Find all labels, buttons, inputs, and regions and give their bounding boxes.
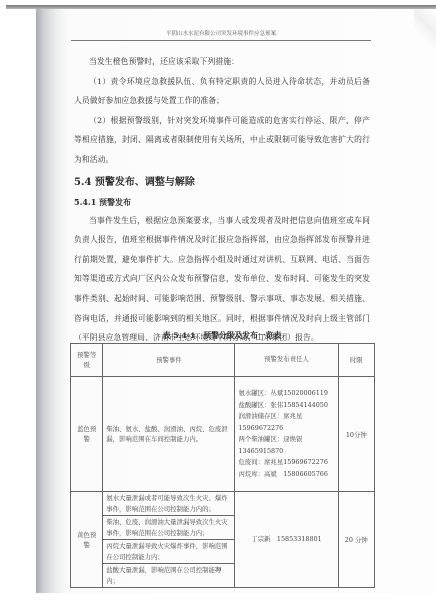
time-blue: 10分钟 [338,377,374,492]
event-yellow-1: 氨水大量泄漏或者可能导致次生火灾、爆炸事件，影响范围在公司控制能力内的； [103,492,235,516]
header-person: 预警发布责任人 [235,344,338,377]
section-heading: 5.4 预警发布、调整与解除 [74,174,370,192]
person-ammonia: 氨水罐区：丛斌15020006119 [238,388,334,400]
subsection-heading: 5.4.1 预警发布 [74,194,370,211]
person-lube: 润滑油储存区：席兆星15969672276 [238,411,334,434]
event-blue: 柴油、氨水、盐酸、润滑油、丙烷、危废泄漏，影响范围在车间控制能力内。 [103,377,235,492]
running-header: 平阴山水水泥有限公司突发环境事件应急预案 [71,29,371,41]
table-caption: 表 5.4-1 预警分级及发布一览表 [74,330,370,341]
warning-level-table: 预警等级 预警事件 预警发布责任人 时限 蓝色预警 柴油、氨水、盐酸、润滑油、丙… [70,343,375,588]
body-text: 当发生橙色预警时，还应该采取下列措施： （1）责令环境应急救援队伍、负有特定职责… [74,52,370,348]
header-level: 预警等级 [71,344,103,377]
paragraph-orange-warning: 当发生橙色预警时，还应该采取下列措施： [74,52,370,72]
table-row-yellow-1: 黄色预警 氨水大量泄漏或者可能导致次生火灾、爆炸事件，影响范围在公司控制能力内的… [71,492,375,516]
header-time: 时限 [338,344,374,377]
level-yellow: 黄色预警 [71,492,103,588]
person-diesel: 两个柴油罐区：逯焕银13465915870 [238,434,334,457]
event-yellow-2: 柴油、危废、润滑油大量泄漏导致次生火灾事件，影响范围在公司控制能力内； [103,516,235,540]
table-row-blue: 蓝色预警 柴油、氨水、盐酸、润滑油、丙烷、危废泄漏，影响范围在车间控制能力内。 … [71,377,375,492]
level-blue: 蓝色预警 [71,377,103,492]
event-yellow-3: 丙烷大量泄漏导致火灾爆炸事件，影响范围在公司控制能力内； [103,540,235,564]
page-corner-fold [414,9,436,49]
time-yellow: 20 分钟 [338,492,374,588]
paragraph-measure-1: （1）责令环境应急救援队伍、负有特定职责的人员进入待命状态，并动员后备人员做好参… [74,72,370,111]
persons-blue: 氨水罐区：丛斌15020006119 盐酸罐区：张伟15854144050 润滑… [235,377,338,492]
person-propane: 丙烷库：高斌 15806605766 [238,469,334,481]
table-header-row: 预警等级 预警事件 预警发布责任人 时限 [71,344,375,377]
person-hcl: 盐酸罐区：张伟15854144050 [238,400,334,412]
paragraph-measure-2: （2）根据预警级别，针对突发环境事件可能造成的危害实行停运、限产、停产等相应措施… [74,111,370,170]
person-yellow: 丁宗新 15853318801 [235,492,338,588]
page-number: 28 [0,567,436,573]
header-event: 预警事件 [103,344,235,377]
paragraph-warning-release: 当事件发生后，根据应急预案要求，当事人或发现者及时把信息向值班室或车间负责人报告… [74,211,370,348]
person-hazwaste: 危废间：席兆星15969672276 [238,457,334,469]
